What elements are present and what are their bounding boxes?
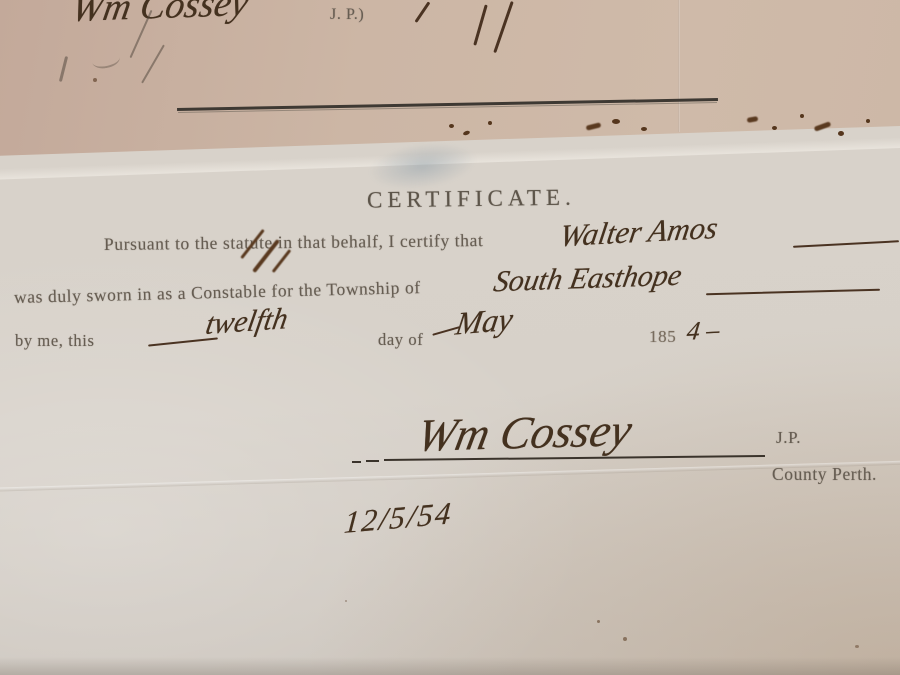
- ink-speck: [488, 121, 492, 125]
- signature-line-dash: [366, 460, 379, 462]
- line2-printed-text: was duly sworn in as a Constable for the…: [14, 277, 421, 308]
- top-jp-label: J. P.): [330, 6, 364, 24]
- paper-speck: [345, 600, 347, 602]
- ink-speck: [612, 119, 620, 124]
- paper-speck: [855, 645, 859, 648]
- ink-speck: [641, 127, 647, 131]
- ink-speck: [800, 114, 804, 118]
- pen-flourish-line: [793, 240, 899, 248]
- county-label: County Perth.: [772, 464, 877, 485]
- certificate-heading: CERTIFICATE.: [367, 185, 576, 214]
- paper-speck: [623, 637, 627, 641]
- signature-script: Wm Cossey: [413, 403, 637, 462]
- paper-crease-vertical: [678, 0, 680, 132]
- line1-printed-text: Pursuant to the statute in that behalf, …: [104, 230, 484, 255]
- ink-speck: [93, 78, 97, 82]
- signature-jp-label: J.P.: [776, 428, 801, 448]
- pen-flourish-line: [706, 289, 880, 296]
- photo-bottom-shadow: [0, 657, 900, 675]
- ink-speck: [866, 119, 870, 123]
- line3-written-year-digit: 4 –: [685, 315, 721, 347]
- ink-speck: [772, 126, 777, 130]
- line3-printed-year: 185: [649, 327, 676, 347]
- date-note: 12/5/54: [343, 495, 455, 541]
- ink-speck: [449, 124, 454, 128]
- line3-printed-day-of: day of: [378, 330, 423, 350]
- ink-speck: [838, 131, 844, 136]
- line3-written-day: twelfth: [203, 302, 291, 342]
- signature-line-dash: [352, 461, 361, 463]
- line2-written-township: South Easthope: [491, 259, 684, 300]
- document-photo: Wm Cossey J. P.) CERTIFICATE. Pursuant t…: [0, 0, 900, 675]
- line3-printed-by-me: by me, this: [15, 331, 94, 351]
- line3-written-month: May: [453, 300, 516, 343]
- paper-crease-diagonal: [0, 460, 900, 492]
- paper-speck: [597, 620, 600, 623]
- line1-written-name: Walter Amos: [557, 210, 720, 255]
